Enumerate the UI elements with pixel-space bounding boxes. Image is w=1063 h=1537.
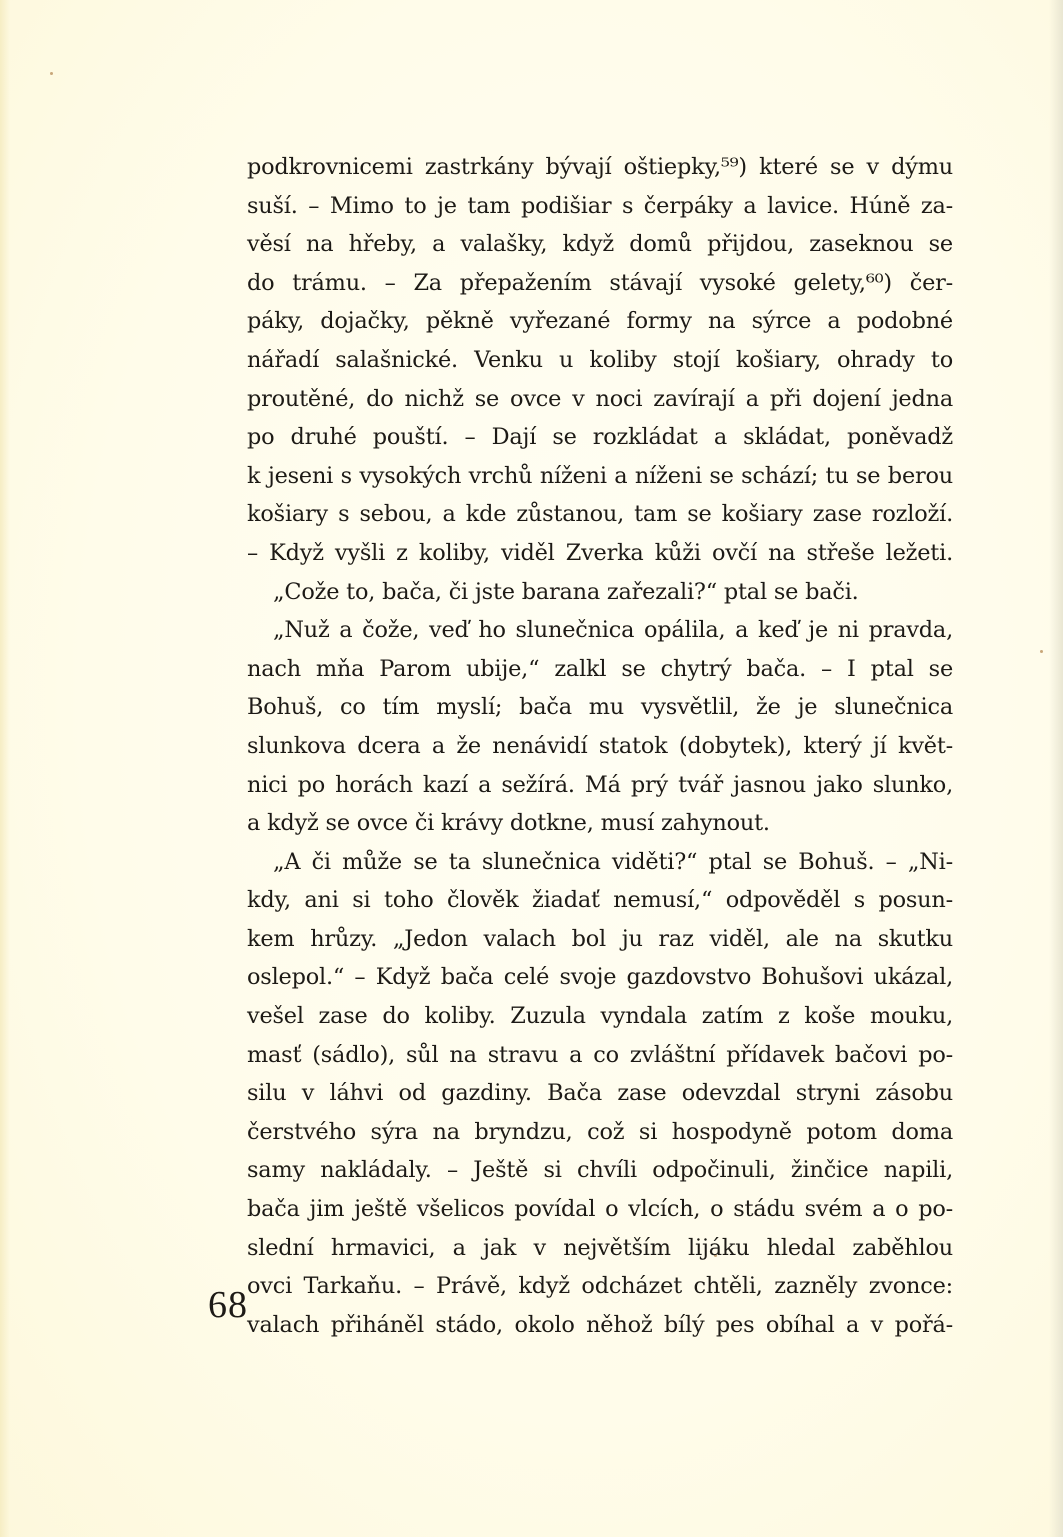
text-line: suší. – Mimo to je tam podišiar s čerpák… — [247, 187, 953, 226]
text-line: po druhé pouští. – Dají se rozkládat a s… — [247, 418, 953, 457]
page-edge-shadow-left — [0, 0, 10, 1537]
text-line: nici po horách kazí a sežírá. Má prý tvá… — [247, 766, 953, 805]
paper-speck — [50, 72, 53, 75]
text-line: nach mňa Parom ubije,“ zalkl se chytrý b… — [247, 650, 953, 689]
text-line: Bohuš, co tím myslí; bača mu vysvětlil, … — [247, 688, 953, 727]
text-line: silu v láhvi od gazdiny. Bača zase odevz… — [247, 1074, 953, 1113]
text-line: kem hrůzy. „Jedon valach bol ju raz vidě… — [247, 920, 953, 959]
text-line: věsí na hřeby, a valašky, když domů přij… — [247, 225, 953, 264]
page-number: 68 — [208, 1283, 248, 1327]
text-line: valach přiháněl stádo, okolo něhož bílý … — [247, 1306, 953, 1345]
book-page: podkrovnicemi zastrkány bývají oštiepky,… — [0, 0, 1063, 1537]
text-line: nářadí salašnické. Venku u koliby stojí … — [247, 341, 953, 380]
text-line: slunkova dcera a že nenávidí statok (dob… — [247, 727, 953, 766]
text-line: čerstvého sýra na bryndzu, což si hospod… — [247, 1113, 953, 1152]
text-line: – Když vyšli z koliby, viděl Zverka kůži… — [247, 534, 953, 573]
text-line: proutěné, do nichž se ovce v noci zavíra… — [247, 380, 953, 419]
page-edge-shadow-right — [1049, 0, 1063, 1537]
body-text: podkrovnicemi zastrkány bývají oštiepky,… — [247, 148, 953, 1344]
text-line: slední hrmavici, a jak v největším liják… — [247, 1229, 953, 1268]
paragraph-start-line: „Nuž a čože, veď ho slunečnica opálila, … — [247, 611, 953, 650]
paragraph-start-line: „A či může se ta slunečnica viděti?“ pta… — [247, 843, 953, 882]
text-line: kdy, ani si toho člověk žiadať nemusí,“ … — [247, 881, 953, 920]
text-line: vešel zase do koliby. Zuzula vyndala zat… — [247, 997, 953, 1036]
text-line: podkrovnicemi zastrkány bývají oštiepky,… — [247, 148, 953, 187]
text-line: páky, dojačky, pěkně vyřezané formy na s… — [247, 302, 953, 341]
text-line: bača jim ještě všelicos povídal o vlcích… — [247, 1190, 953, 1229]
text-line: masť (sádlo), sůl na stravu a co zvláštn… — [247, 1036, 953, 1075]
text-line: samy nakládaly. – Ještě si chvíli odpoči… — [247, 1151, 953, 1190]
paper-speck — [1040, 650, 1043, 653]
text-line: košiary s sebou, a kde zůstanou, tam se … — [247, 495, 953, 534]
text-line: oslepol.“ – Když bača celé svoje gazdovs… — [247, 958, 953, 997]
text-line: ovci Tarkaňu. – Právě, když odcházet cht… — [247, 1267, 953, 1306]
paragraph-start-line: „Cože to, bača, či jste barana zařezali?… — [247, 573, 953, 612]
text-line: k jeseni s vysokých vrchů níženi a nížen… — [247, 457, 953, 496]
paragraph-end-line: a když se ovce či krávy dotkne, musí zah… — [247, 804, 953, 843]
text-line: do trámu. – Za přepažením stávají vysoké… — [247, 264, 953, 303]
